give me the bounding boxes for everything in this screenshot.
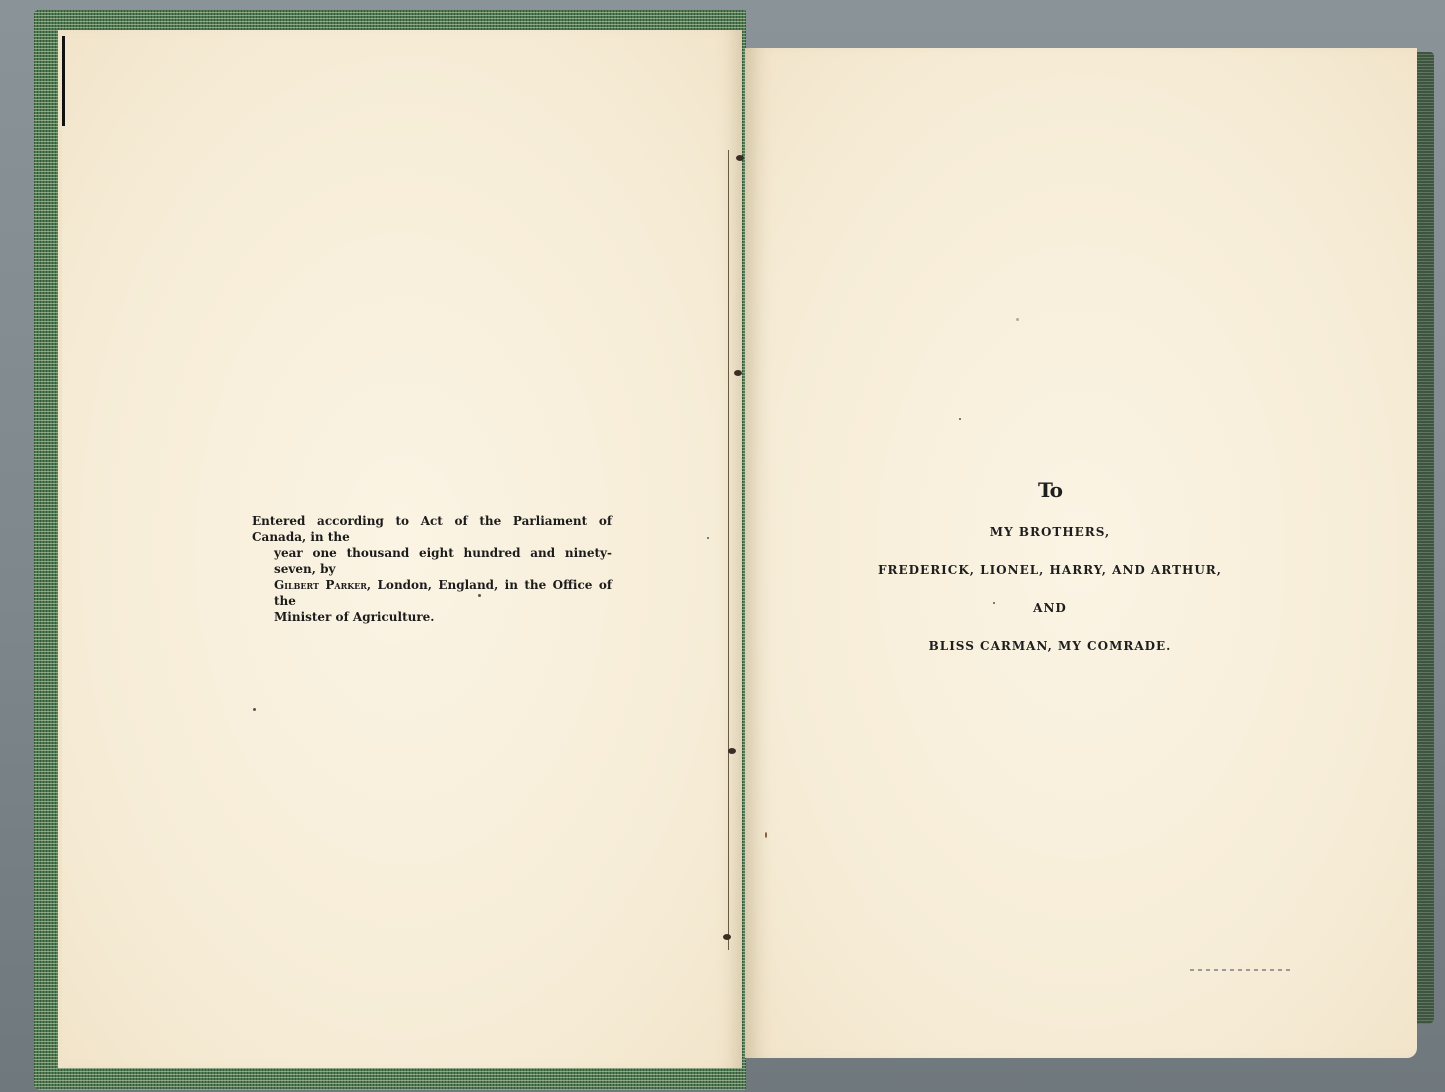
binding-knot [728, 748, 736, 754]
paper-speck [253, 708, 256, 711]
copyright-line-2: year one thousand eight hundred and nine… [252, 545, 612, 577]
dedication-heading: To [840, 478, 1260, 502]
paper-speck [993, 602, 995, 604]
binding-knot [723, 934, 731, 940]
page-edge-shadow [62, 36, 65, 126]
dedication-line-2: FREDERICK, LIONEL, HARRY, AND ARTHUR, [840, 562, 1260, 578]
binding-thread [728, 150, 729, 950]
binding-knot [736, 155, 744, 161]
paper-speck [707, 537, 709, 539]
faint-printed-marks [1190, 969, 1290, 971]
copyright-line-3: Gilbert Parker, London, England, in the … [252, 577, 612, 609]
paper-speck [959, 418, 961, 420]
copyright-line-4: Minister of Agriculture. [252, 609, 612, 625]
dedication-line-3: AND [840, 600, 1260, 616]
dedication-line-1: MY BROTHERS, [840, 524, 1260, 540]
dedication-line-4: BLISS CARMAN, MY COMRADE. [840, 638, 1260, 654]
copyright-notice: Entered according to Act of the Parliame… [252, 513, 612, 625]
paper-speck [1016, 318, 1019, 321]
paper-speck [478, 594, 481, 597]
dedication: To MY BROTHERS, FREDERICK, LIONEL, HARRY… [840, 478, 1260, 676]
copyright-line-1: Entered according to Act of the Parliame… [252, 513, 612, 545]
paper-speck [765, 832, 767, 838]
binding-knot [734, 370, 742, 376]
author-name: Gilbert Parker [274, 578, 367, 592]
